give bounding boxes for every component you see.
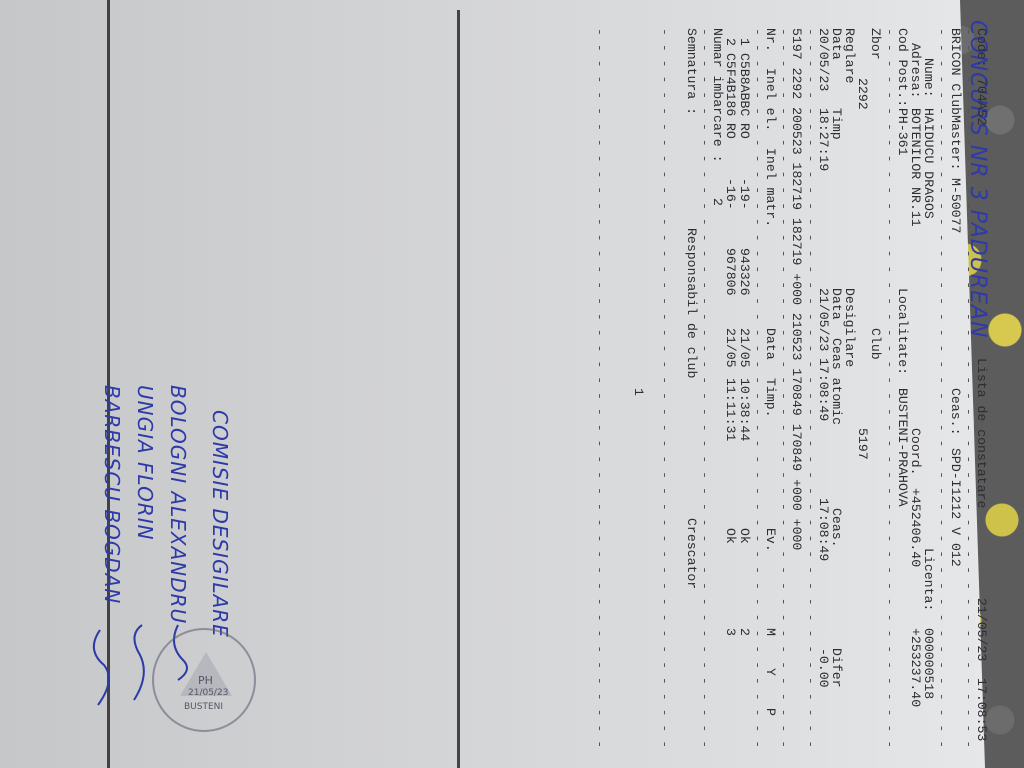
row-ring: 943326 (737, 248, 750, 295)
signature-row: Semnatura : Responsabil de club Crescato… (685, 28, 698, 748)
col-ring: Inel matr. (764, 148, 777, 227)
address-row: Adresa: BOTENILOR NR.11 Coord. +452406.4… (909, 28, 922, 748)
divider: - - - - - - - - - - - - - - - - - - - - … (883, 28, 896, 748)
signature-label: Semnatura : (685, 28, 698, 115)
divider: - - - - - - - - - - - - - - - - - - - - … (698, 28, 711, 748)
postcode-row: Cod Post.: PH-361 Localitate: BUSTENI-PR… (896, 28, 909, 748)
col-ring-el: Inel el. (764, 68, 777, 131)
license-label: Licenta: (922, 548, 935, 611)
row-year: -16- (724, 178, 737, 210)
clock-label: Ceas.: (948, 388, 961, 435)
setting-header-row: Reglare Desigilare (843, 28, 856, 748)
unsealing-label: Desigilare (843, 288, 856, 367)
row-country: RO (737, 123, 750, 139)
unseal-atomic: 17:08:49 (817, 358, 830, 421)
col-nr: Nr. (764, 28, 777, 52)
unseal-clock: 17:08:49 (817, 498, 830, 561)
col-m: M (764, 628, 777, 636)
count-label: Numar imbarcare : (711, 28, 724, 163)
table-header: Nr. Inel el. Inel matr. Data Timp. Ev. M… (764, 28, 777, 748)
flight-value: 2292 (856, 78, 869, 110)
clubmaster-id: M-50077 (948, 178, 961, 233)
date-label-2: Data (830, 288, 843, 320)
coord-lon: +253237.40 (909, 628, 922, 707)
print-time: 17:08:53 (975, 678, 988, 741)
name-value: HAIDUCU DRAGOS (922, 108, 935, 219)
row-nr: 1 (737, 38, 750, 46)
row-date: 21/05 (724, 328, 737, 368)
col-time: Timp. (764, 378, 777, 418)
row-time: 10:38:44 (737, 378, 750, 441)
handwritten-member-1: BOLOGNI ALEXANDRU (166, 385, 190, 624)
row-country: RO (724, 123, 737, 139)
row-ring: 967806 (724, 248, 737, 295)
handwritten-member-3: BARBESCU BOGDAN (100, 385, 124, 604)
divider: - - - - - - - - - - - - - - - - - - - - … (803, 28, 816, 748)
license-value: 000000518 (922, 628, 935, 699)
column-labels-row: Data Timp Data Ceas atomic Ceas. Difer (830, 28, 843, 748)
flight-row: Zbor Club (869, 28, 882, 748)
responsible-label: Responsabil de club (685, 228, 698, 378)
coord-lat: +452406.40 (909, 488, 922, 567)
count-row: Numar imbarcare : 2 (711, 28, 724, 748)
row-time: 11:11:31 (724, 378, 737, 441)
clock-id: SPD-I1212 V 012 (948, 448, 961, 567)
page-row: 1 (632, 28, 645, 748)
divider: - - - - - - - - - - - - - - - - - - - - … (935, 28, 948, 748)
name-label: Nume: (922, 58, 935, 98)
divider: - - - - - - - - - - - - - - - - - - - - … (658, 28, 671, 748)
stamp-date: 21/05/23 (188, 688, 228, 698)
table-row: 2 C5F4B186 RO -16- 967806 21/05 11:11:31… (724, 28, 737, 748)
name-row: Nume: HAIDUCU DRAGOS Licenta: 000000518 (922, 28, 935, 748)
unseal-diff: -0.00 (817, 648, 830, 688)
print-date: 21/05/23 (975, 598, 988, 661)
club-label: Club (869, 328, 882, 360)
stamp-text: BUSTENI (184, 702, 223, 712)
atomic-label: Ceas atomic (830, 338, 843, 425)
code-value: 704A52 (975, 78, 988, 125)
postcode-label: Cod Post.: (896, 28, 909, 107)
divider: - - - - - - - - - - - - - - - - - - - - … (751, 28, 764, 748)
postcode-value: PH-361 (896, 108, 909, 155)
divider: - - - - - - - - - - - - - - - - - - - - … (777, 28, 790, 748)
coord-label: Coord. (909, 428, 922, 475)
diff-label: Difer (830, 648, 843, 688)
table-row: 1 C5B8ABBC RO -19- 943326 21/05 10:38:44… (737, 28, 750, 748)
clocking-receipt: Code: 704A52 Lista de constatare 21/05/2… (648, 28, 988, 748)
page-number: 1 (632, 388, 645, 396)
col-y: Y (764, 668, 777, 676)
setting-time: 18:27:19 (817, 108, 830, 171)
unseal-date: 21/05/23 (817, 288, 830, 351)
row-ev: Ok (737, 528, 750, 544)
date-label: Data (830, 28, 843, 60)
time-label: Timp (830, 108, 843, 140)
row-date: 21/05 (737, 328, 750, 368)
setting-date: 20/05/23 (817, 28, 830, 91)
breeder-label: Crescator (685, 518, 698, 589)
row-pos: 3 (724, 628, 737, 636)
row-pos: 2 (737, 628, 750, 636)
club-value: 5197 (856, 428, 869, 460)
code-label: Code: (975, 28, 988, 68)
stamp-center: PH (198, 674, 213, 687)
handwritten-member-2: UNGIA FLORIN (133, 385, 157, 541)
fold-line (457, 10, 460, 768)
clock-column-label: Ceas. (830, 508, 843, 548)
row-ev: Ok (724, 528, 737, 544)
address-label: Adresa: (909, 43, 922, 98)
setting-label: Reglare (843, 28, 856, 83)
col-ev: Ev. (764, 528, 777, 552)
clubmaster-label: BRICON ClubMaster: (948, 28, 961, 170)
locality-value: BUSTENI-PRAHOVA (896, 388, 909, 507)
address-value: BOTENILOR NR.11 (909, 108, 922, 227)
divider: - - - - - - - - - - - - - - - - - - - - … (962, 28, 975, 748)
col-p: P (764, 708, 777, 716)
official-stamp: PH 21/05/23 BUSTENI (152, 628, 256, 732)
setting-values-row: 20/05/23 18:27:19 21/05/23 17:08:49 17:0… (817, 28, 830, 748)
header-row: Code: 704A52 Lista de constatare 21/05/2… (975, 28, 988, 748)
flight-values-row: 2292 5197 (856, 28, 869, 748)
document-title: Lista de constatare (975, 358, 988, 508)
row-year: -19- (737, 178, 750, 210)
verification-code-line: 5197 2292 200523 182719 182719 +000 2105… (790, 28, 803, 748)
row-ring-el: C5F4B186 (724, 53, 737, 116)
clubmaster-row: BRICON ClubMaster: M-50077 Ceas.: SPD-I1… (948, 28, 961, 748)
count-value: 2 (711, 198, 724, 206)
row-nr: 2 (724, 38, 737, 46)
flight-label: Zbor (869, 28, 882, 60)
row-ring-el: C5B8ABBC (737, 53, 750, 116)
col-date: Data (764, 328, 777, 360)
handwritten-committee-title: COMISIE DESIGILARE (208, 410, 232, 638)
divider: - - - - - - - - - - - - - - - - - - - - … (592, 28, 605, 748)
locality-label: Localitate: (896, 288, 909, 375)
